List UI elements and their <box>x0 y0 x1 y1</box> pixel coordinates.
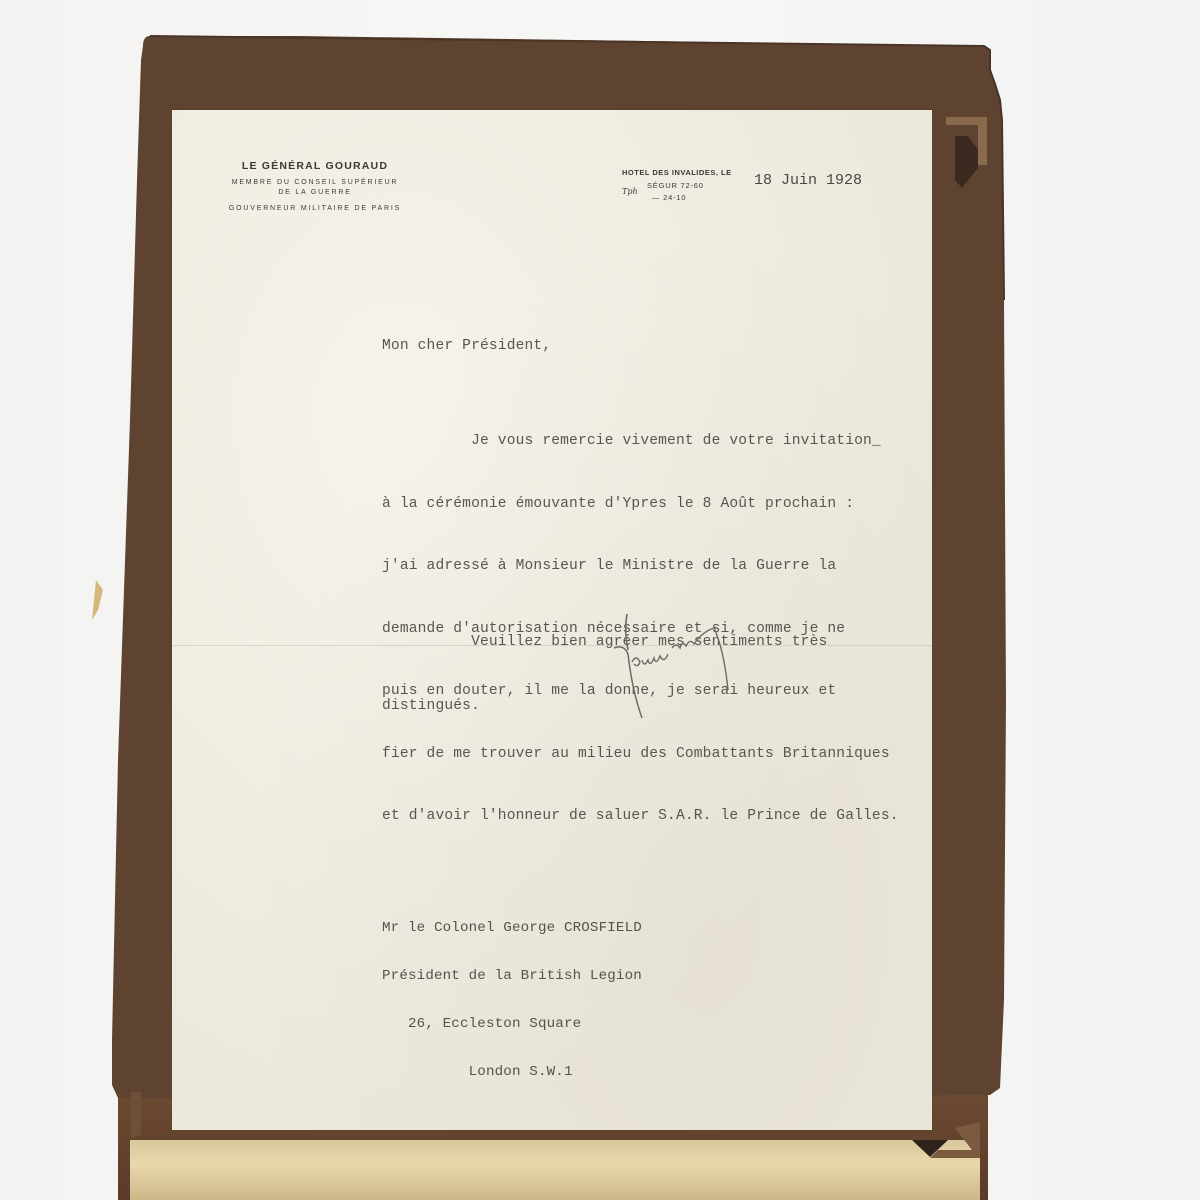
letterhead-line-1: MEMBRE DU CONSEIL SUPÉRIEUR <box>200 178 430 188</box>
letterhead-address: HOTEL DES INVALIDES, LE Tph SÉGUR 72-60 … <box>622 168 732 207</box>
recipient-line: 26, Eccleston Square <box>382 1016 642 1032</box>
letter-date: 18 Juin 1928 <box>754 172 862 189</box>
letterhead-sender: LE GÉNÉRAL GOURAUD MEMBRE DU CONSEIL SUP… <box>200 160 430 214</box>
telephone-label: Tph <box>622 187 638 196</box>
body-line: j'ai adressé à Monsieur le Ministre de l… <box>382 551 899 582</box>
recipient-line: London S.W.1 <box>382 1064 642 1080</box>
album-folder: LE GÉNÉRAL GOURAUD MEMBRE DU CONSEIL SUP… <box>0 0 1200 1200</box>
recipient-address: Mr le Colonel George CROSFIELD Président… <box>382 888 642 1112</box>
letterhead-name: LE GÉNÉRAL GOURAUD <box>200 160 430 172</box>
letterhead-hotel: HOTEL DES INVALIDES, LE <box>622 168 732 177</box>
letter-sheet: LE GÉNÉRAL GOURAUD MEMBRE DU CONSEIL SUP… <box>172 110 932 1130</box>
letterhead-line-2: DE LA GUERRE <box>200 188 430 198</box>
recipient-line: Président de la British Legion <box>382 968 642 984</box>
letterhead-title: GOUVERNEUR MILITAIRE DE PARIS <box>200 204 430 214</box>
body-line: à la cérémonie émouvante d'Ypres le 8 Ao… <box>382 489 899 520</box>
recipient-line: Mr le Colonel George CROSFIELD <box>382 920 642 936</box>
body-line: et d'avoir l'honneur de saluer S.A.R. le… <box>382 801 899 832</box>
telephone-number-1: SÉGUR 72-60 <box>647 181 704 190</box>
salutation: Mon cher Président, <box>382 338 551 354</box>
body-line: Je vous remercie vivement de votre invit… <box>382 426 899 457</box>
telephone-number-2: — 24-10 <box>652 193 686 202</box>
handwritten-signature <box>602 610 792 725</box>
